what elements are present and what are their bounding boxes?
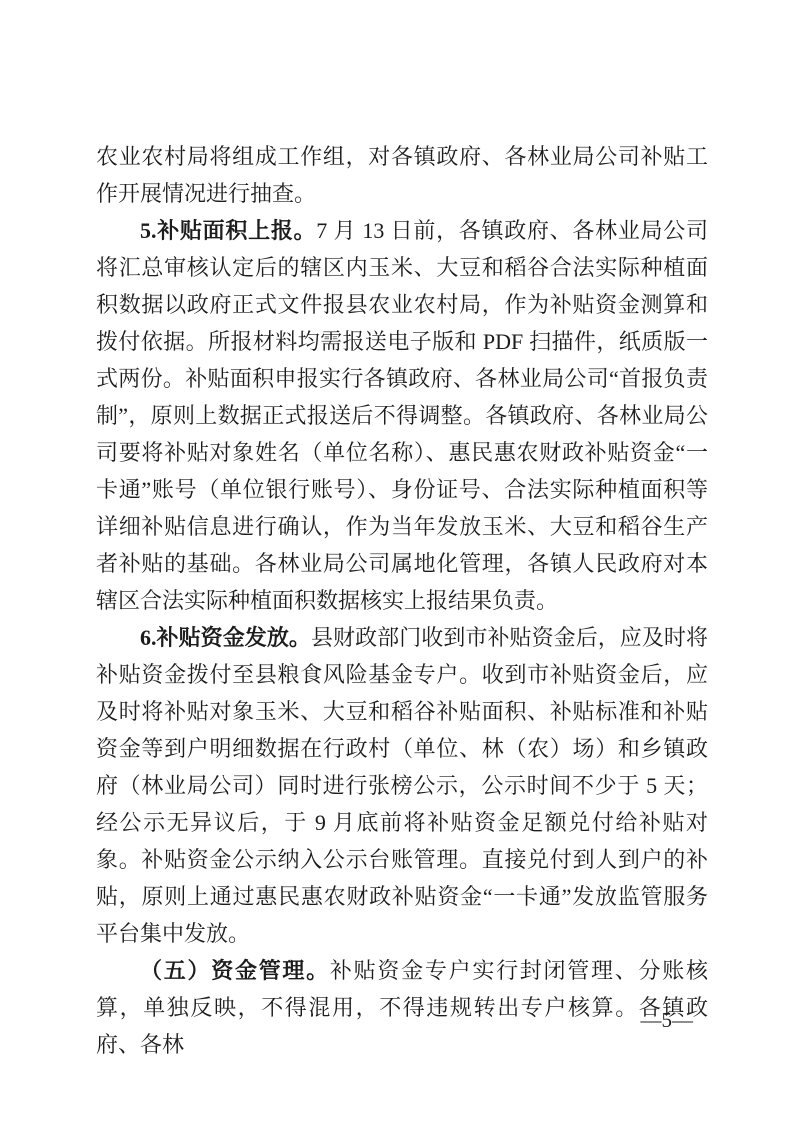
paragraph-section-5-fund-management: （五）资金管理。补贴资金专户实行封闭管理、分账核算，单独反映，不得混用，不得违规… xyxy=(96,952,708,1063)
paragraph-text: 农业农村局将组成工作组，对各镇政府、各林业局公司补贴工作开展情况进行抽查。 xyxy=(96,144,708,206)
heading-section-5: （五）资金管理。 xyxy=(140,958,330,983)
document-body: 农业农村局将组成工作组，对各镇政府、各林业局公司补贴工作开展情况进行抽查。 5.… xyxy=(96,138,708,1063)
paragraph-item-5-subsidy-area-reporting: 5.补贴面积上报。7 月 13 日前，各镇政府、各林业局公司将汇总审核认定后的辖… xyxy=(96,212,708,619)
page-number: —5— xyxy=(641,1006,694,1034)
paragraph-item-6-subsidy-fund-disbursement: 6.补贴资金发放。县财政部门收到市补贴资金后，应及时将补贴资金拨付至县粮食风险基… xyxy=(96,619,708,952)
paragraph-continuation: 农业农村局将组成工作组，对各镇政府、各林业局公司补贴工作开展情况进行抽查。 xyxy=(96,138,708,212)
heading-item-5: 5.补贴面积上报。 xyxy=(140,218,316,243)
heading-item-6: 6.补贴资金发放。 xyxy=(140,625,311,650)
paragraph-text: 7 月 13 日前，各镇政府、各林业局公司将汇总审核认定后的辖区内玉米、大豆和稻… xyxy=(96,218,708,613)
paragraph-text: 县财政部门收到市补贴资金后，应及时将补贴资金拨付至县粮食风险基金专户。收到市补贴… xyxy=(96,625,708,946)
document-page: 农业农村局将组成工作组，对各镇政府、各林业局公司补贴工作开展情况进行抽查。 5.… xyxy=(0,0,793,1122)
